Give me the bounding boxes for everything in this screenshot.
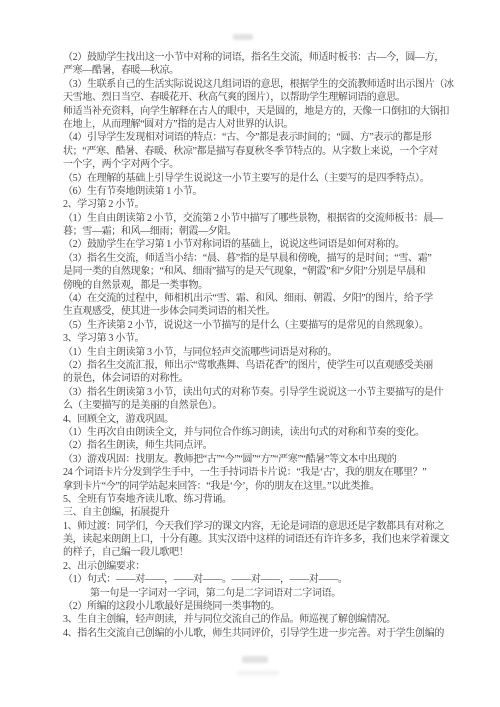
text-line: （2）指名生朗读，师生共同点评。 [63, 439, 445, 452]
text-line: （3）指名生朗读第 3 小节，读出句式的对称节奏。引导学生说说这一小节主要描写的… [63, 386, 445, 399]
text-line: （2）鼓励学生在学习第 1 小节对称词语的基础上，说说这些词语是如何对称的。 [63, 238, 445, 251]
text-line: （2）指名生交流汇报，师出示“莺歌燕舞、鸟语花香”的图片，使学生可以直观感受美丽 [63, 359, 445, 372]
document-page: （2）鼓励学生找出这一小节中对称的词语，指名生交流，师适时板书：古—今，圆—方，… [0, 0, 500, 707]
text-line: 的样子，自己编一段儿歌吧！ [63, 546, 445, 559]
text-line: 5、全班有节奏地齐读儿歌、练习背诵。 [63, 493, 445, 506]
text-line: 暮；雪—霜；和风—细雨；朝霞—夕阳。 [63, 225, 445, 238]
text-line: （3）生联系自己的生活实际说说这几组词语的意思，根据学生的交流教师适时出示图片（… [63, 78, 445, 91]
text-line: 是同一类的自然现象；“和风、细雨”描写的是天气现象，“朝霞”和“夕阳”分别是早晨… [63, 265, 445, 278]
text-line: 么（主要描写的是美丽的自然景色）。 [63, 399, 445, 412]
watermark-bottom [242, 656, 268, 663]
text-line: （5）生齐读第 2 小节，说说这一小节描写的是什么（主要描写的是常见的自然现象）… [63, 319, 445, 332]
text-line: （4）引导学生发现相对词语的特点：“古、今”都是表示时间的；“圆、方”表示的都是… [63, 131, 445, 144]
text-line: （1）生再次自由朗读全文，并与同位合作练习朗读，读出句式的对称和节奏的变化。 [63, 426, 445, 439]
text-line: 2、出示创编要求： [63, 560, 445, 573]
text-line: 在地上，从而理解“圆对方”指的是古人对世界的认识。 [63, 118, 445, 131]
text-line: （1）生自由朗读第 2 小节，交流第 2 小节中描写了哪些景物，根据省的交流师板… [63, 212, 445, 225]
text-line: （3）指名生交流，师适当小结：“晨、暮”指的是早晨和傍晚，描写的是时间；“雪、霜… [63, 252, 445, 265]
text-line: 2、学习第 2 小节。 [63, 198, 445, 211]
text-line: （4）在交流的过程中，师相机出示“雪、霜、和风、细雨、朝霞、夕阳”的图片，给予学 [63, 292, 445, 305]
watermark-bottom-shadow [237, 671, 279, 675]
text-line: （5）在理解的基础上引导学生说说这一小节主要写的是什么（主要写的是四季特点）。 [63, 172, 445, 185]
text-line: 的景色，体会词语的对称性。 [63, 372, 445, 385]
text-line: 4、指名生交流自己创编的小儿歌，师生共同评价，引导学生进一步完善。对于学生创编的 [63, 627, 445, 640]
text-line: 严寒—酷暑，春暖—秋凉。 [63, 64, 445, 77]
watermark-top [233, 34, 253, 40]
text-line: （1）句式：——对——，——对——。——对——，——对——。 [63, 573, 445, 586]
text-line: 3、生自主创编，轻声朗读，并与同位交流自己的作品。师巡视了解创编情况。 [63, 613, 445, 626]
text-line: 美，读起来朗朗上口，十分有趣。其实汉语中这样的词语还有许许多多，我们也来学着课文 [63, 533, 445, 546]
text-line: 师适当补充资料，向学生解释在古人的眼中，天是圆的，地是方的，天像一口倒扣的大锅扣 [63, 105, 445, 118]
lesson-plan-text: （2）鼓励学生找出这一小节中对称的词语，指名生交流，师适时板书：古—今，圆—方，… [63, 51, 445, 640]
text-line: 拿到卡片“今”的同学站起来回答：“我是‘今’，你的朋友在这里。”以此类推。 [63, 480, 445, 493]
text-line: 三、自主创编，拓展提升 [63, 506, 445, 519]
text-line: （1）生自主朗读第 3 小节，与同位轻声交流哪些词语是对称的。 [63, 346, 445, 359]
text-line: 傍晚的自然景观，都是一类事物。 [63, 279, 445, 292]
text-line: 3、学习第 3 小节。 [63, 332, 445, 345]
text-line: 第一句是一字词对一字词，第二句是二字词语对二字词语。 [63, 587, 445, 600]
text-line: 1、师过渡：同学们，今天我们学习的课文内容，无论是词语的意思还是字数都具有对称之 [63, 520, 445, 533]
text-line: 一个字，两个字对两个字。 [63, 158, 445, 171]
text-line: （2）所编的这段小儿歌最好是围绕同一类事物的。 [63, 600, 445, 613]
text-line: （3）游戏巩固：找朋友。教师把“古”“今”“圆”“方”“严寒”“酷暑”等文本中出… [63, 453, 445, 466]
text-line: 生直观感受，使其进一步体会同类词语的相关性。 [63, 305, 445, 318]
text-line: 24 个词语卡片分发到学生手中，一生手持词语卡片说：“我是‘古’，我的朋友在哪里… [63, 466, 445, 479]
text-line: （2）鼓励学生找出这一小节中对称的词语，指名生交流，师适时板书：古—今，圆—方， [63, 51, 445, 64]
text-line: 状；“严寒、酷暑、春暖、秋凉”都是描写春夏秋冬季节特点的。从字数上来说，一个字对 [63, 145, 445, 158]
text-line: 天雪地、烈日当空、春暖花开、秋高气爽的图片），以帮助学生理解词语的意思。 [63, 91, 445, 104]
text-line: （6）生有节奏地朗读第 1 小节。 [63, 185, 445, 198]
text-line: 4、回顾全文，游戏巩固。 [63, 413, 445, 426]
